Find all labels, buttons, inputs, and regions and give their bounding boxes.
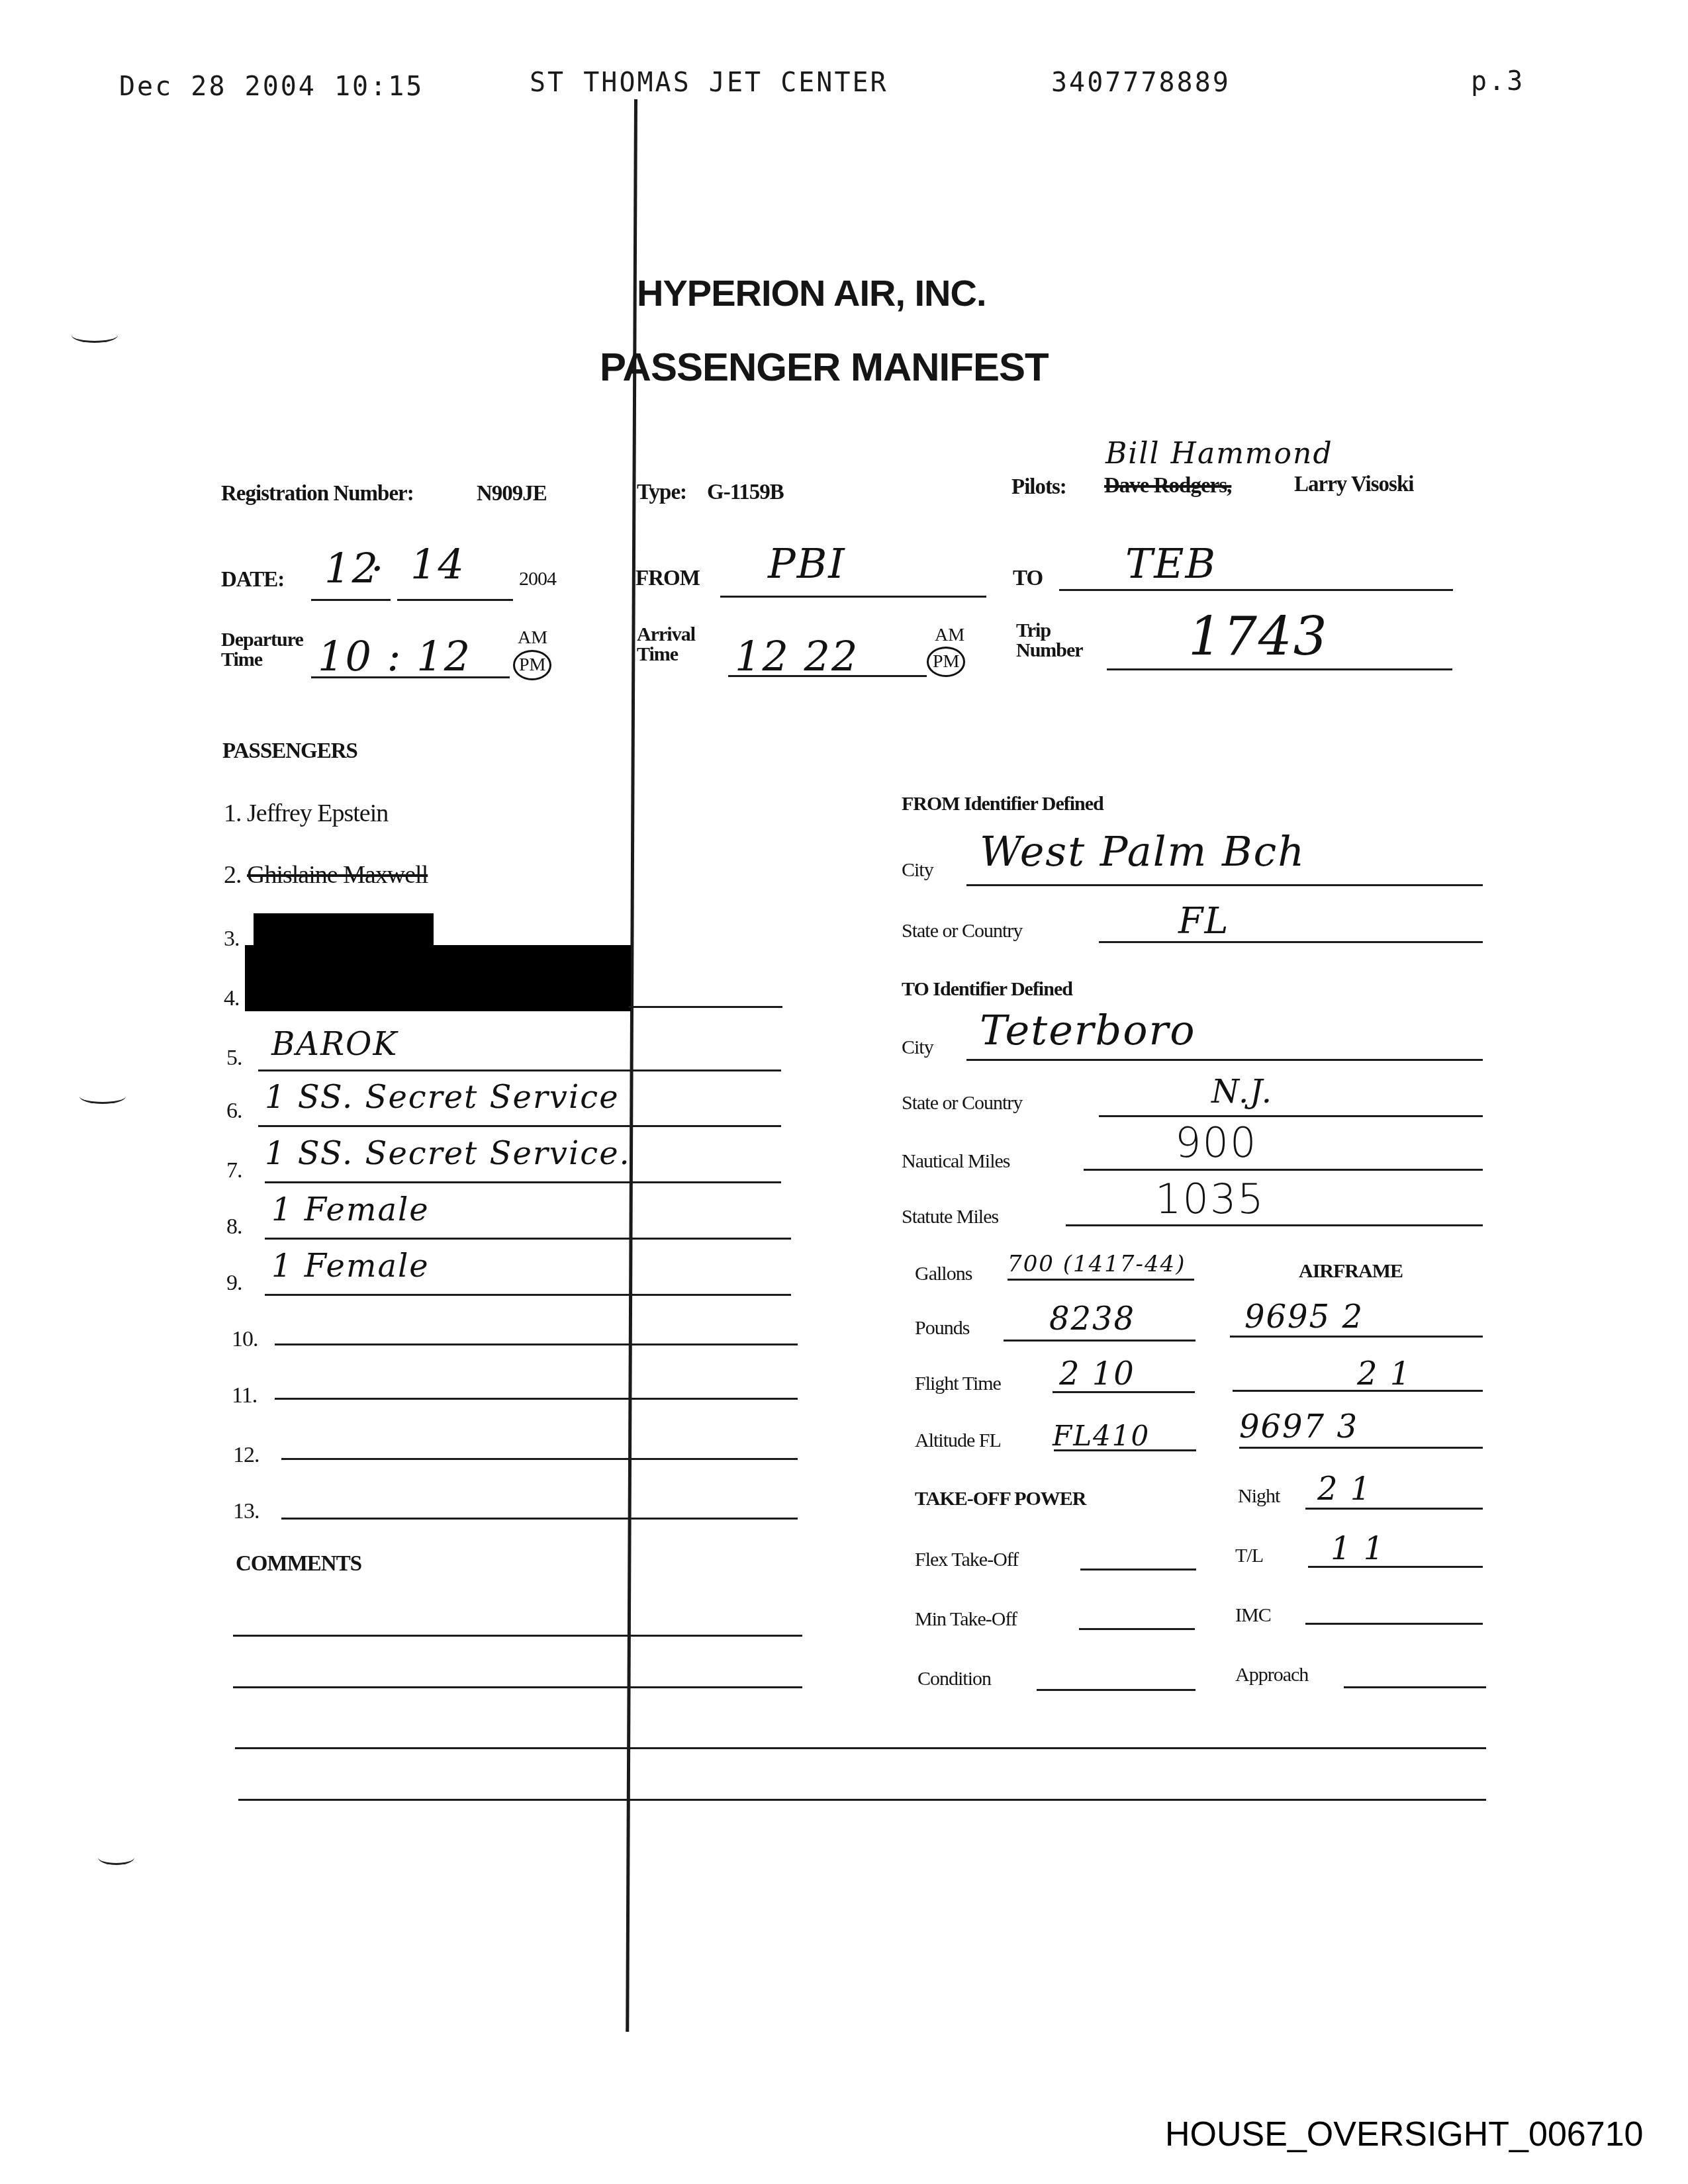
tl-value: 1 1 <box>1331 1530 1385 1567</box>
trip-number-value: 1743 <box>1188 606 1329 667</box>
hole-punch-mark <box>71 328 118 343</box>
date-label: DATE: <box>221 568 284 592</box>
condition-label: Condition <box>917 1668 991 1690</box>
redaction-block <box>245 945 631 1011</box>
flight-time-label: Flight Time <box>915 1373 1001 1395</box>
statute-miles-value: 1035 <box>1155 1175 1265 1223</box>
passenger-name: 1 SS. Secret Service. <box>265 1135 631 1172</box>
date-day: 14 <box>410 540 465 588</box>
altitude-value: FL410 <box>1053 1420 1150 1452</box>
passenger-row-4-num: 4. <box>224 986 240 1011</box>
imc-field[interactable] <box>1305 1623 1483 1625</box>
to-state-value: N.J. <box>1211 1073 1273 1111</box>
tl-label: T/L <box>1235 1545 1263 1567</box>
fax-sender: ST THOMAS JET CENTER <box>530 68 888 98</box>
hole-punch-mark <box>98 1850 134 1865</box>
pilots-label: Pilots: <box>1011 475 1066 500</box>
registration-label: Registration Number: <box>221 482 414 506</box>
imc-label: IMC <box>1235 1604 1271 1627</box>
flight-time-value: 2 10 <box>1059 1355 1135 1392</box>
bates-number: HOUSE_OVERSIGHT_006710 <box>1165 2115 1644 2154</box>
altitude-label: Altitude FL <box>915 1430 1001 1452</box>
comments-line[interactable] <box>235 1747 1486 1749</box>
to-state-label: State or Country <box>902 1092 1022 1115</box>
flex-takeoff-label: Flex Take-Off <box>915 1549 1018 1571</box>
passenger-row-1: 1. Jeffrey Epstein <box>224 799 388 828</box>
arrival-label: Arrival Time <box>637 625 695 664</box>
departure-time: 10 : 12 <box>318 632 471 680</box>
from-city-label: City <box>902 859 933 882</box>
passenger-name: 1 SS. Secret Service <box>265 1079 620 1116</box>
comments-line[interactable] <box>233 1635 802 1637</box>
passenger-name: 1 Female <box>271 1191 430 1228</box>
trip-number-label: Trip Number <box>1016 621 1083 660</box>
airframe-hours-added: 2 1 <box>1357 1355 1411 1392</box>
arrival-time: 12 22 <box>735 632 859 680</box>
gallons-label: Gallons <box>915 1263 972 1285</box>
departure-label: Departure Time <box>221 630 303 670</box>
from-underline <box>720 596 986 598</box>
night-value: 2 1 <box>1317 1471 1372 1508</box>
to-identifier-heading: TO Identifier Defined <box>902 978 1072 1001</box>
airframe-heading: AIRFRAME <box>1299 1260 1403 1283</box>
departure-am: AM <box>518 629 547 647</box>
flex-takeoff-field[interactable] <box>1080 1569 1196 1570</box>
min-takeoff-label: Min Take-Off <box>915 1608 1017 1631</box>
from-airport-code: PBI <box>768 539 846 588</box>
passenger-row-2: 2. Ghislaine Maxwell <box>224 860 428 889</box>
passenger-blank-line[interactable] <box>281 1458 798 1460</box>
fax-timestamp: Dec 28 2004 10:15 <box>119 71 424 102</box>
gallons-value: 700 (1417-44) <box>1008 1251 1186 1277</box>
nautical-miles-value: 900 <box>1175 1118 1257 1167</box>
passenger-blank-line[interactable] <box>275 1398 798 1400</box>
to-underline <box>1059 589 1453 591</box>
approach-label: Approach <box>1235 1664 1308 1686</box>
pilot-name: Larry Visoski <box>1294 473 1413 497</box>
departure-pm-circled[interactable]: PM <box>513 650 551 680</box>
arrival-pm-circled[interactable]: PM <box>927 647 965 677</box>
comments-line[interactable] <box>233 1686 802 1688</box>
hole-punch-mark <box>79 1089 126 1104</box>
passengers-heading: PASSENGERS <box>222 739 357 764</box>
type-label: Type: <box>637 480 686 505</box>
passenger-name: Jeffrey Epstein <box>247 799 388 827</box>
takeoff-power-heading: TAKE-OFF POWER <box>915 1488 1086 1510</box>
passenger-name-struck: Ghislaine Maxwell <box>247 861 428 889</box>
airframe-hours-before: 9695 2 <box>1244 1298 1364 1336</box>
min-takeoff-field[interactable] <box>1079 1628 1195 1630</box>
airframe-hours-after: 9697 3 <box>1239 1408 1358 1445</box>
nautical-miles-label: Nautical Miles <box>902 1150 1009 1173</box>
company-name: HYPERION AIR, INC. <box>637 271 986 314</box>
to-city-label: City <box>902 1036 933 1059</box>
date-year: 2004 <box>519 568 556 590</box>
from-city-value: West Palm Bch <box>980 827 1305 876</box>
approach-field[interactable] <box>1344 1686 1486 1688</box>
night-label: Night <box>1238 1485 1280 1508</box>
from-state-label: State or Country <box>902 920 1022 942</box>
passenger-row-3-num: 3. <box>224 927 240 952</box>
to-airport-code: TEB <box>1125 539 1217 588</box>
comments-heading: COMMENTS <box>236 1552 361 1576</box>
from-identifier-heading: FROM Identifier Defined <box>902 793 1103 815</box>
type-value: G-1159B <box>707 480 784 505</box>
condition-field[interactable] <box>1037 1689 1196 1691</box>
registration-value: N909JE <box>477 482 547 506</box>
redaction-block <box>254 913 434 946</box>
pounds-value: 8238 <box>1049 1300 1135 1338</box>
passenger-blank-line[interactable] <box>275 1343 798 1345</box>
to-city-value: Teterboro <box>980 1006 1196 1054</box>
to-label: TO <box>1013 567 1043 591</box>
arrival-am: AM <box>935 626 964 645</box>
statute-miles-label: Statute Miles <box>902 1206 998 1228</box>
passenger-name: 1 Female <box>271 1248 430 1285</box>
from-label: FROM <box>635 567 700 591</box>
passenger-blank-line[interactable] <box>281 1518 798 1520</box>
pilot-handwritten-name: Bill Hammond <box>1105 437 1333 471</box>
from-state-value: FL <box>1178 900 1229 942</box>
fax-page-number: p.3 <box>1471 66 1524 97</box>
pounds-label: Pounds <box>915 1317 969 1340</box>
page-title: PASSENGER MANIFEST <box>600 344 1049 390</box>
passenger-name: BAROK <box>271 1026 398 1063</box>
pilot-struck-name: Dave Rodgers, <box>1104 474 1231 498</box>
comments-line[interactable] <box>238 1799 1486 1801</box>
fax-phone: 3407778889 <box>1051 68 1231 98</box>
